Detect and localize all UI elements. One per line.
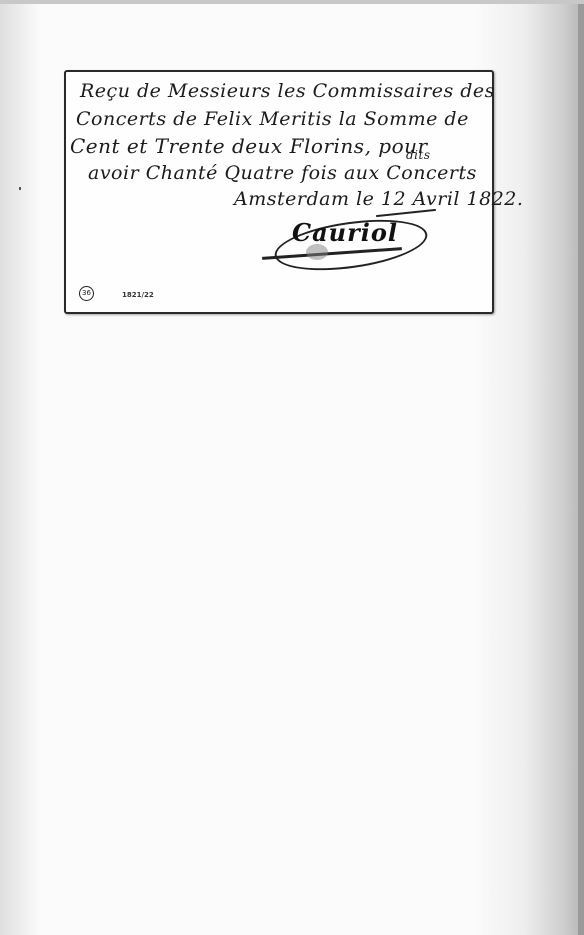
signature-flick <box>376 209 436 217</box>
interlinear-insertion: dits <box>406 148 431 162</box>
archive-stamp: 36 <box>79 286 94 301</box>
receipt-line-4: avoir Chanté Quatre fois aux Concerts <box>88 162 477 184</box>
scan-right-edge <box>578 4 584 935</box>
receipt-line-3: Cent et Trente deux Florins, pour <box>70 134 428 158</box>
receipt-line-2: Concerts de Felix Meritis la Somme de <box>76 108 469 130</box>
receipt-date-line: Amsterdam le 12 Avril 1822. <box>234 188 523 210</box>
ink-speck <box>19 187 21 190</box>
receipt-line-1: Reçu de Messieurs les Commissaires des <box>80 80 495 102</box>
archive-reference: 1821/22 <box>122 291 154 299</box>
signature-block: Cauriol <box>256 212 456 282</box>
signature: Cauriol <box>292 218 398 247</box>
receipt-card: Reçu de Messieurs les Commissaires des C… <box>64 70 494 314</box>
